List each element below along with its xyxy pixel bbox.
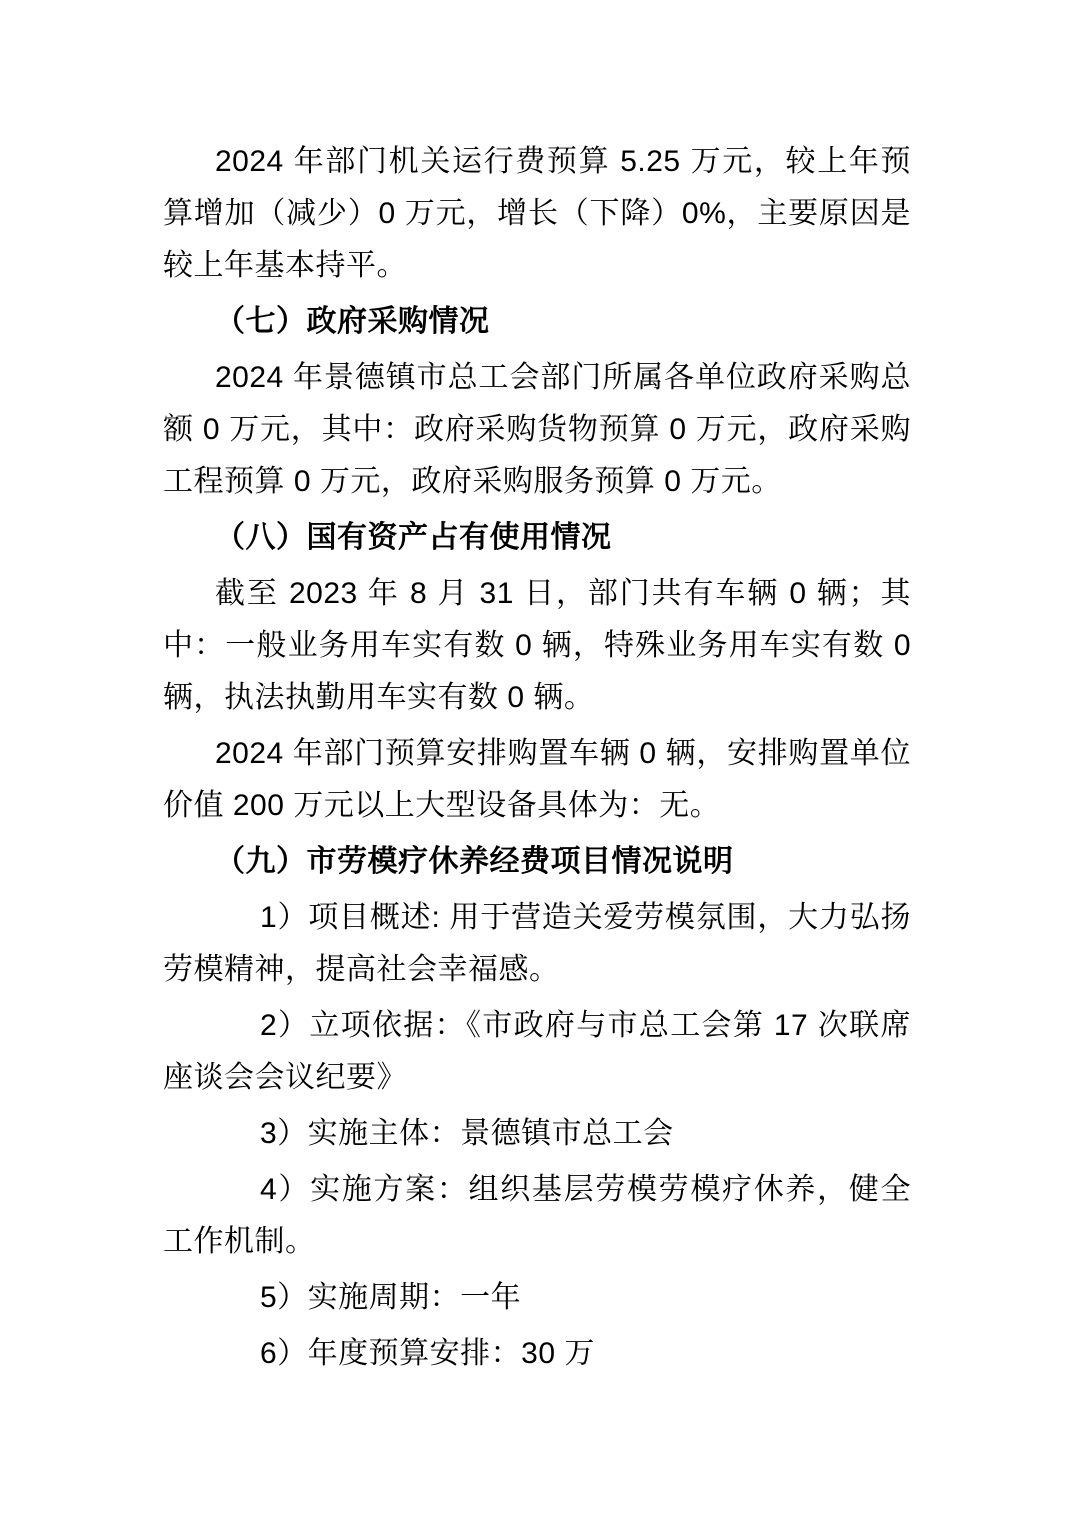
document-page: 2024 年部门机关运行费预算 5.25 万元，较上年预算增加（减少）0 万元，…: [0, 0, 1074, 1520]
heading-section-7-gov-procurement: （七）政府采购情况: [163, 296, 911, 348]
heading-section-8-state-assets: （八）国有资产占有使用情况: [163, 512, 911, 564]
para-vehicle-holdings: 截至 2023 年 8 月 31 日，部门共有车辆 0 辆；其中：一般业务用车实…: [163, 568, 911, 724]
document-body: 2024 年部门机关运行费预算 5.25 万元，较上年预算增加（减少）0 万元，…: [163, 136, 911, 1380]
item-5-implementation-cycle: 5）实施周期：一年: [163, 1272, 911, 1324]
item-4-implementation-plan: 4）实施方案：组织基层劳模劳模疗休养，健全工作机制。: [163, 1164, 911, 1268]
para-gov-procurement-budget: 2024 年景德镇市总工会部门所属各单位政府采购总额 0 万元，其中：政府采购货…: [163, 352, 911, 508]
item-3-implementing-body: 3）实施主体：景德镇市总工会: [163, 1108, 911, 1160]
item-2-project-basis: 2）立项依据：《市政府与市总工会第 17 次联席座谈会会议纪要》: [163, 1000, 911, 1104]
item-6-annual-budget: 6）年度预算安排：30 万: [163, 1328, 911, 1380]
item-1-project-overview: 1）项目概述: 用于营造关爱劳模氛围，大力弘扬劳模精神，提高社会幸福感。: [163, 892, 911, 996]
heading-section-9-model-worker-project: （九）市劳模疗休养经费项目情况说明: [163, 836, 911, 888]
para-agency-operating-cost: 2024 年部门机关运行费预算 5.25 万元，较上年预算增加（减少）0 万元，…: [163, 136, 911, 292]
para-vehicle-purchase-plan: 2024 年部门预算安排购置车辆 0 辆，安排购置单位价值 200 万元以上大型…: [163, 728, 911, 832]
